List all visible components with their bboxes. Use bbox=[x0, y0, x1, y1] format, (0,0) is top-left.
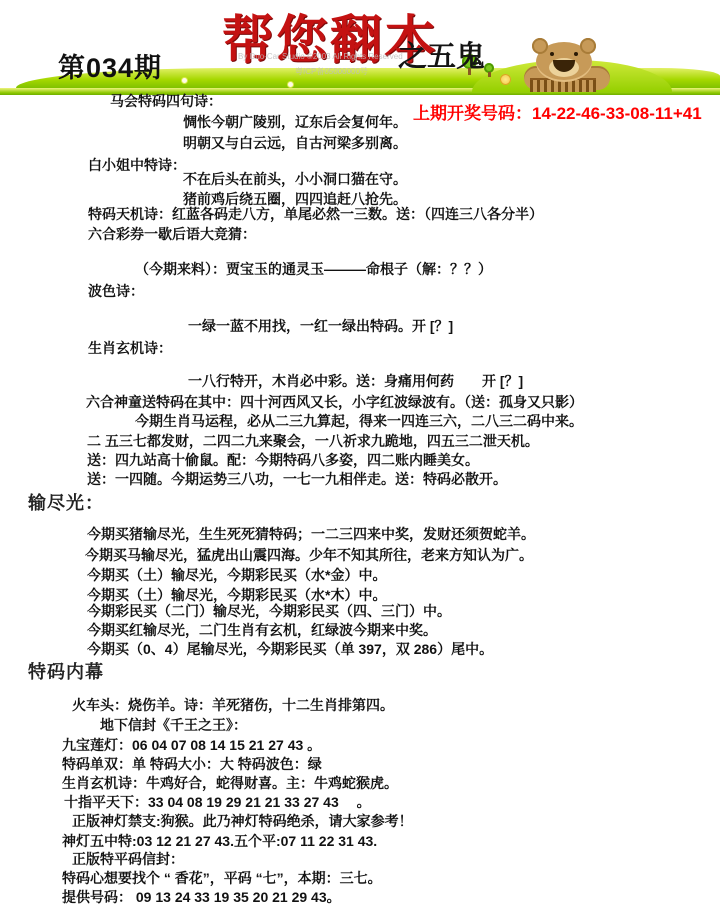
shengxiao-poem: 一八行特开，木肖必中彩。送：身痛用何药 开 [？] bbox=[188, 373, 523, 389]
shujinguang-2: 今期买马输尽光，猛虎出山震四海。少年不知其所往，老来方知认为广。 bbox=[85, 547, 533, 563]
shujinguang-5: 今期彩民买（二门）输尽光，今期彩民买（四、三门）中。 bbox=[87, 603, 451, 619]
song-line-1: 送：四九站高十偷鼠。配：今期特码八多姿，四二账内睡美女。 bbox=[87, 452, 479, 468]
tree-trunk bbox=[488, 72, 491, 77]
shujinguang-3: 今期买（土）输尽光，今期彩民买（水*金）中。 bbox=[87, 567, 386, 583]
song-line-2: 送：一四随。今期运势三八功，一七一九相伴走。送：特码必散开。 bbox=[87, 471, 507, 487]
bear-eye bbox=[550, 52, 554, 56]
watermark-line: By Duo-Car Studio ©2003 All Rights Reser… bbox=[238, 52, 403, 61]
bear-ear bbox=[580, 38, 596, 54]
shujinguang-1: 今期买猪输尽光，生生死死猜特码；一二三四来中奖，发财还须贺蛇羊。 bbox=[87, 526, 535, 542]
flower-icon bbox=[288, 82, 293, 87]
mahui-poem-1: 惆怅今朝广陵别，辽东后会复何年。 bbox=[183, 114, 407, 130]
page-subtitle: 之五鬼 bbox=[398, 34, 485, 75]
bear-eye bbox=[574, 52, 578, 56]
huochetou-line: 火车头：烧伤羊。诗：羊死猪伤，十二生肖排第四。 bbox=[72, 697, 394, 713]
neimu-header: 特码内幕 bbox=[28, 664, 104, 680]
shendeng-wuzhongte-line: 神灯五中特:03 12 21 27 43.五个平:07 11 22 31 43. bbox=[62, 833, 377, 849]
tianji-poem: 特码天机诗：红蓝各码走八方，单尾必然一三数。送：（四连三八各分半） bbox=[88, 206, 543, 222]
tigong-haoma-line: 提供号码： 09 13 24 33 19 35 20 21 29 43。 bbox=[62, 889, 341, 904]
watermark-line: 粤ICP备05000000号 bbox=[295, 66, 368, 77]
dixia-xinfeng-line: 地下信封《千王之王》： bbox=[100, 717, 247, 733]
page-header: 第034期 帮您翻本 之五鬼 By Duo-Car Studio ©2003 A… bbox=[0, 0, 720, 96]
xianghua-line: 特码心想要找个 “ 香花”，平码 “七”，本期：三七。 bbox=[62, 870, 382, 886]
jiubaoliandeng-line: 九宝莲灯：06 04 07 08 14 15 21 27 43 。 bbox=[62, 737, 321, 753]
baixiaojie-poem-2: 猪前鸡后绕五圈，四四追赶八抢先。 bbox=[183, 191, 407, 207]
shujinguang-6: 今期买红输尽光，二门生肖有玄机，红绿波今期来中奖。 bbox=[87, 622, 437, 638]
chick-icon bbox=[500, 74, 511, 85]
shizhi-line: 十指平天下：33 04 08 19 29 21 21 33 27 43 。 bbox=[64, 794, 371, 810]
baixiaojie-title: 白小姐中特诗： bbox=[88, 157, 186, 173]
shengxiao-title: 生肖玄机诗： bbox=[88, 340, 172, 356]
last-draw-numbers: 上期开奖号码：14-22-46-33-08-11+41 bbox=[413, 106, 702, 122]
issue-number: 第034期 bbox=[58, 46, 162, 85]
shujinguang-4: 今期买（土）输尽光，今期彩民买（水*木）中。 bbox=[87, 587, 386, 603]
xiehouyu-title: 六合彩券一歇后语大竞猜： bbox=[88, 226, 256, 242]
xiehouyu-riddle: （今期来料）：贾宝玉的通灵玉———命根子（解：？？） bbox=[135, 261, 492, 277]
baixiaojie-poem-1: 不在后头在前头，小小洞口猫在守。 bbox=[183, 171, 407, 187]
danshuang-line: 特码单双：单 特码大小：大 特码波色：绿 bbox=[62, 756, 322, 772]
shendeng-jinzhi-line: 正版神灯禁支:狗猴。此乃神灯特码绝杀，请大家参考！ bbox=[72, 813, 413, 829]
bose-poem: 一绿一蓝不用找，一红一绿出特码。开 [？] bbox=[188, 318, 453, 334]
yuncheng-line: 今期生肖马运程，必从二三九算起，得来一四连三六，二八三二码中来。 bbox=[135, 413, 583, 429]
lottery-tip-sheet: 第034期 帮您翻本 之五鬼 By Duo-Car Studio ©2003 A… bbox=[0, 0, 720, 904]
mahui-poem-2: 明朝又与白云远，自古河梁多别离。 bbox=[183, 135, 407, 151]
shentong-line: 六合神童送特码在其中：四十河西风又长，小字红波绿波有。（送：孤身又只影） bbox=[86, 394, 583, 410]
mahui-poem-title: 马会特码四句诗： bbox=[110, 93, 222, 109]
flower-icon bbox=[182, 78, 187, 83]
shengxiao-xuanji-line: 生肖玄机诗：牛鸡好合，蛇得财喜。主：牛鸡蛇猴虎。 bbox=[62, 775, 398, 791]
bose-title: 波色诗： bbox=[88, 283, 144, 299]
shujinguang-header: 输尽光： bbox=[28, 495, 104, 511]
facai-line: 二 五三七都发财，二四二九来聚会，一八祈求九跪地，四五三二泄天机。 bbox=[87, 433, 539, 449]
tepingma-header: 正版特平码信封： bbox=[72, 851, 184, 867]
bear-ear bbox=[532, 38, 548, 54]
shujinguang-7: 今期买（0、4）尾输尽光，今期彩民买（单 397，双 286）尾中。 bbox=[87, 641, 493, 657]
